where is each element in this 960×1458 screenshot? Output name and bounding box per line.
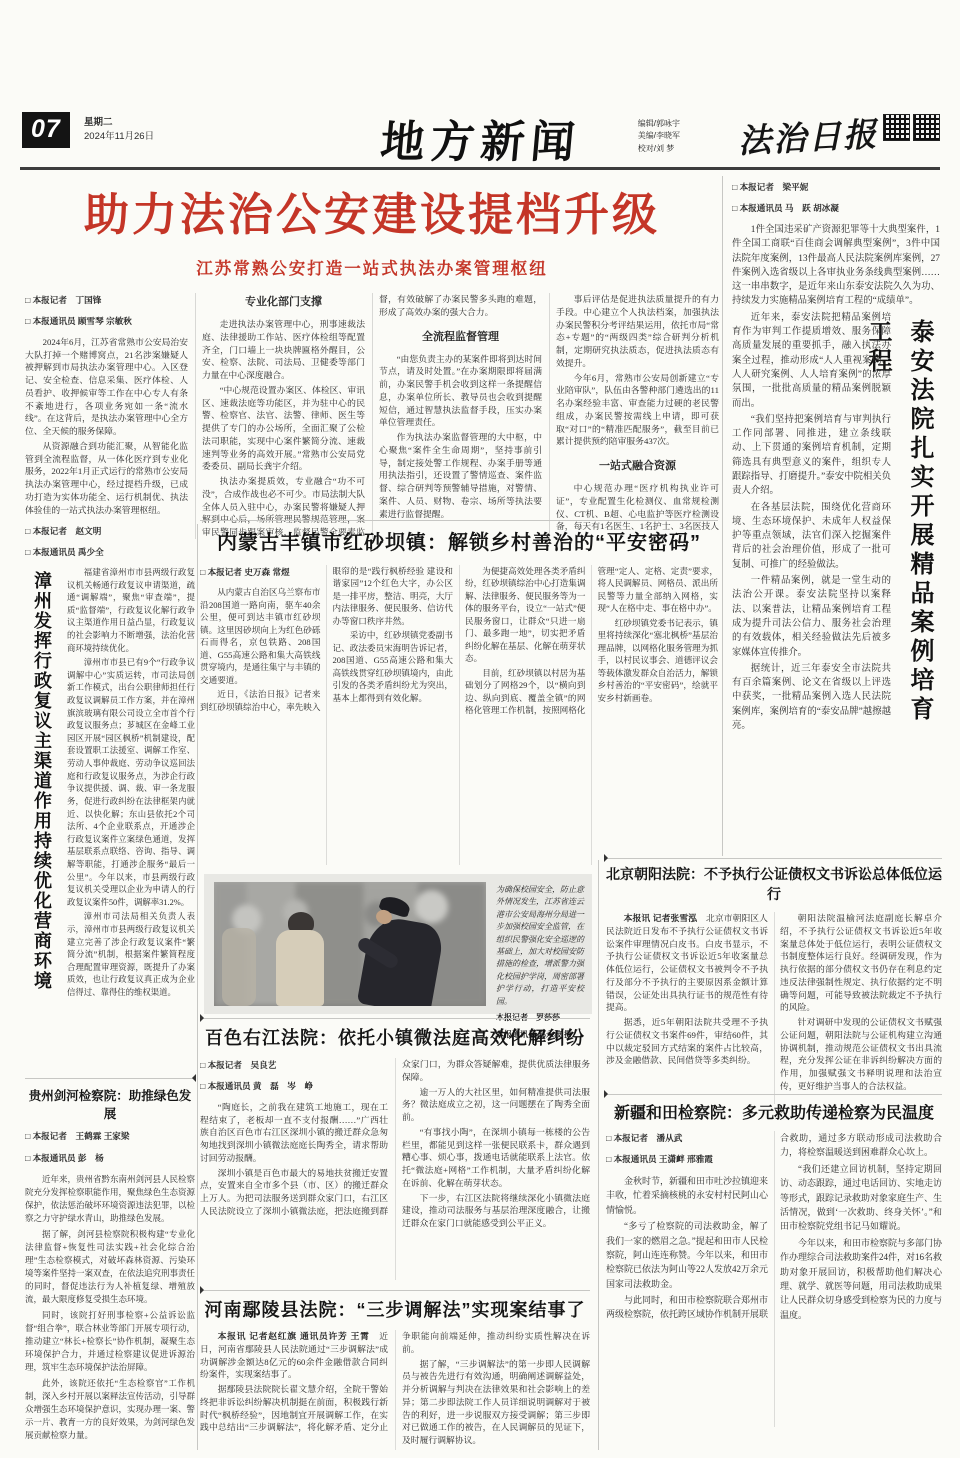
article-paragraph: “多亏了检察院的司法救助金，解了我们一家的燃眉之急。”提起和田市人民检察院，阿山…: [606, 1219, 768, 1291]
article-headline-henan: 河南鄢陵县法院：“三步调解法”实现案结事了: [200, 1296, 590, 1322]
proofreader-credit-line: 校对/刘 梦: [638, 143, 680, 155]
byline-reporter: □ 本报记者 王鹤霖 王家梁: [25, 1129, 195, 1144]
article-paragraph: 今年6月，常熟市公安局创新建立“专业陪审队”，队伍由各警种部门遴选出的11名办案…: [556, 372, 719, 449]
article-paragraph: 采访中，红砂坝镇党委副书记、政法委员宋海明告诉记者，208国道、G55高速公路和…: [333, 629, 454, 704]
article-paragraph: “陶庭长，之前我在建筑工地施工，现在工程结束了，老板却一直不支付报酬……”广西壮…: [200, 1101, 388, 1165]
photo-figure-bystander: [222, 928, 256, 1006]
article-headline-guizhou: 贵州剑河检察院：助推绿色发展: [25, 1086, 195, 1122]
divider-arrow-icon: [604, 854, 612, 862]
page-number-box: 07: [22, 112, 70, 148]
article-divider: [200, 1018, 590, 1019]
article-paragraph: 1件全国违采矿产资源犯罪等十大典型案件，1件全国工商联“百佳商会调解典型案例”，…: [732, 223, 940, 309]
divider-arrow-icon: [200, 1286, 208, 1294]
article-headline-beijing: 北京朝阳法院：不予执行公证债权文书诉讼总体低位运行: [606, 864, 942, 904]
date-label: 2024年11月26日: [84, 130, 154, 144]
newspaper-page: 07 星期二 2024年11月26日 地方新闻 编辑/郭咏宇 美编/李晓军 校对…: [0, 0, 960, 1458]
photo-caption-text: 为确保校园安全，防止意外情况发生，江苏省连云港市公安局海州分局进一步加强校园安全…: [496, 885, 584, 1006]
byline-correspondent: □ 本报通讯员 禹少全: [25, 545, 195, 560]
qr-code-icon: [883, 114, 910, 141]
news-photo: [214, 882, 486, 1006]
byline-reporter: □ 本报记者 丁国锋: [25, 293, 188, 308]
article-body: □ 本报记者 吴良艺 □ 本报通讯员 黄 磊 岑 峥 “陶庭长，之前我在建筑工地…: [200, 1058, 590, 1280]
qr-code-icon: [913, 114, 940, 141]
article-beijing: 北京朝阳法院：不予执行公证债权文书诉讼总体低位运行 本报讯 记者张雪泓 北京市朝…: [606, 864, 942, 1104]
article-paragraph: 从内蒙古自治区乌兰察布市沿208国道一路向南，驱车40余公里，便可到达丰镇市红砂…: [200, 586, 321, 686]
vertical-headline-zhangzhou: 漳州发挥行政复议主渠道作用持续优化营商环境: [25, 571, 59, 1033]
article-paragraph: 红砂坝镇党委书记表示，镇里将持续深化“塞北枫桥”基层治理品牌，以网格化服务管理为…: [598, 617, 719, 704]
article-paragraph: 今年以来，和田市检察院与多部门协作办理综合司法救助案件24件，对16名救助对象开…: [780, 1236, 942, 1322]
article-paragraph: 本报讯 记者赵红旗 通讯员许芳 王霄 近日，河南省鄢陵县人民法院通过“三步调解法…: [200, 1330, 388, 1381]
vertical-headline-taian: 泰安法院扎实开展精品案例培育工程: [898, 319, 940, 749]
photo-panel: 为确保校园安全，防止意外情况发生，江苏省连云港市公安局海州分局进一步加强校园安全…: [204, 874, 592, 1014]
article-paragraph: 作为执法办案监督管理的大中枢，中心聚焦“案件全生命周期”，坚持事前引导，制定接处…: [379, 431, 542, 520]
article-paragraph: 此外，该院还依托“生态检察官”工作机制，深入乡村开展以案释法宣传活动，引导群众增…: [25, 1377, 195, 1443]
byline-reporter: □ 本报记者 赵文明: [25, 524, 195, 539]
column-divider: [197, 524, 198, 1450]
byline-correspondent: □ 本报通讯员 顾雪琴 宗敏秋: [25, 314, 188, 329]
section-subhead: 全流程监督管理: [379, 328, 542, 344]
byline-correspondent: □ 本报通讯员 彭 杨: [25, 1151, 195, 1166]
article-paragraph: 为便捷高效处理各类矛盾纠纷，红砂坝镇综治中心打造集调解、法律服务、便民服务等为一…: [465, 565, 586, 665]
article-paragraph: 同时，该院打好刑事检察+公益诉讼监督“组合拳”，联合林业等部门开展专项行动，推动…: [25, 1309, 195, 1375]
editor-credit-line: 编辑/郭咏宇: [638, 118, 680, 130]
article-paragraph: 据了解，剑河县检察院积极构建“专业化法律监督+恢复性司法实践+社会化综合治理”生…: [25, 1228, 195, 1307]
article-divider: [200, 1290, 590, 1291]
article-paragraph: 逾一万人的大社区里，如何精准提供司法服务？微法庭成立之初，这一问题摆在了陶秀全面…: [402, 1086, 590, 1124]
article-headline-baise: 百色右江法院：依托小镇微法庭高效化解纠纷: [200, 1024, 590, 1050]
article-paragraph: 走进执法办案管理中心，刑事速裁法庭、法律援助工作站、医疗体检组等配置齐全，门口墙…: [202, 318, 365, 382]
article-paragraph: 据了解，“三步调解法”的第一步即人民调解员与被告先进行有效沟通，明确阐述调解益处…: [402, 1358, 590, 1447]
article-paragraph: 朝阳法院温榆河法庭副庭长解卓介绍，不予执行公证债权文书诉讼近5年收案量总体处于低…: [780, 912, 942, 1014]
divider-arrow-icon: [188, 1074, 196, 1082]
article-divider: [25, 1078, 195, 1079]
article-paragraph: 针对调研中发现的公证债权文书赋强公证问题，朝阳法院与公证机构建立沟通协调机制，推…: [780, 1016, 942, 1093]
article-body: □ 本报记者 潘从武 □ 本报通讯员 王潇衅 邢雅霞 金秋时节，新疆和田市吐沙拉…: [606, 1131, 942, 1427]
section-subhead: 专业化部门支撑: [202, 293, 365, 309]
article-guizhou: 贵州剑河检察院：助推绿色发展 □ 本报记者 王鹤霖 王家梁 □ 本报通讯员 彭 …: [25, 1086, 195, 1448]
article-paragraph: 近年来，贵州省黔东南州剑河县人民检察院充分发挥检察职能作用，聚焦绿色生态资源保护…: [25, 1173, 195, 1226]
column-divider: [722, 176, 723, 856]
article-paragraph: “由您负责主办的某案件即将到达时间节点，请及时处置。”在办案期限即将届满前，办案…: [379, 353, 542, 430]
article-xinjiang: 新疆和田检察院：多元救助传递检察为民温度 □ 本报记者 潘从武 □ 本报通讯员 …: [606, 1100, 942, 1427]
byline-correspondent: □ 本报通讯员 王潇衅 邢雅霞: [606, 1152, 768, 1167]
column-divider: [598, 860, 599, 1450]
weekday-label: 星期二: [84, 116, 154, 130]
byline-reporter: □ 本报记者 潘从武: [606, 1131, 768, 1146]
date-block: 星期二 2024年11月26日: [84, 116, 154, 145]
article-paragraph: “中心规范设置办案区、体检区、审讯区、速裁法庭等功能区，并为驻中心的民警、检察官…: [202, 384, 365, 473]
paragraph-text: 北京市朝阳区人民法院近日发布不予执行公证债权文书诉讼案件审理情况白皮书。白皮书显…: [606, 913, 768, 1012]
designer-credit-line: 美编/李晓军: [638, 130, 680, 142]
byline-correspondent: □ 本报通讯员 黄 磊 岑 峥: [200, 1079, 388, 1094]
article-paragraph: 本报讯 记者张雪泓 北京市朝阳区人民法院近日发布不予执行公证债权文书诉讼案件审理…: [606, 912, 768, 1014]
header-divider: [20, 167, 940, 170]
article-paragraph: 下一步，右江区法院将继续深化小镇微法庭建设，推动司法服务与基层治理深度融合，让搬…: [402, 1192, 590, 1230]
section-title: 地方新闻: [378, 106, 584, 170]
byline-reporter: □ 本报记者 梁平妮: [732, 180, 940, 195]
article-paragraph: “有事找小陶”，在深圳小镇每一栋楼的公告栏里，都能见到这样一张便民联系卡，群众遇…: [402, 1126, 590, 1190]
article-paragraph: 金秋时节，新疆和田市吐沙拉镇迎来丰收，忙着采摘核桃的永安村村民阿山心情愉悦。: [606, 1174, 768, 1217]
article-zhangzhou: □ 本报记者 赵文明 □ 本报通讯员 禹少全 漳州发挥行政复议主渠道作用持续优化…: [25, 524, 195, 1074]
section-subhead: 一站式融合资源: [556, 457, 719, 473]
divider-arrow-icon: [200, 1014, 208, 1022]
byline-correspondent: □ 本报通讯员 马 跃 胡冰凝: [732, 201, 940, 216]
article-headline-neimenggu: 内蒙古丰镇市红砂坝镇：解锁乡村善治的“平安密码”: [200, 526, 718, 555]
article-body: 本报讯 记者张雪泓 北京市朝阳区人民法院近日发布不予执行公证债权文书诉讼案件审理…: [606, 912, 942, 1104]
article-paragraph: 从资源融合到功能汇聚，从智能化监管到全流程监督，从一体化医疗到专业化服务，202…: [25, 440, 188, 517]
photo-figure-student: [276, 930, 324, 1006]
editor-credits: 编辑/郭咏宇 美编/李晓军 校对/刘 梦: [638, 118, 680, 155]
article-paragraph: 2024年6月，江苏省常熟市公安局治安大队打掉一个赌博窝点，21名涉案嫌疑人被押…: [25, 336, 188, 438]
article-henan: 河南鄢陵县法院：“三步调解法”实现案结事了 本报讯 记者赵红旗 通讯员许芳 王霄…: [200, 1296, 590, 1450]
inline-byline: 本报讯 记者赵红旗 通讯员许芳 王霄: [218, 1331, 380, 1341]
article-divider: [604, 858, 942, 859]
article-taian: □ 本报记者 梁平妮 □ 本报通讯员 马 跃 胡冰凝 1件全国违采矿产资源犯罪等…: [732, 180, 940, 854]
lead-headline: 助力法治公安建设提档升级: [25, 178, 719, 243]
lead-deck: 江苏常熟公安打造一站式执法办案管理枢纽: [25, 255, 719, 279]
article-body: 本报讯 记者赵红旗 通讯员许芳 王霄 近日，河南省鄢陵县人民法院通过“三步调解法…: [200, 1330, 590, 1450]
article-divider: [604, 1094, 942, 1095]
article-divider: [200, 520, 718, 521]
article-changshu: 助力法治公安建设提档升级 江苏常熟公安打造一站式执法办案管理枢纽 □ 本报记者 …: [25, 178, 719, 539]
inline-byline: 本报讯 记者张雪泓: [624, 913, 706, 923]
page-header: 07 星期二 2024年11月26日 地方新闻 编辑/郭咏宇 美编/李晓军 校对…: [22, 110, 940, 166]
byline-reporter: □ 本报记者 吴良艺: [200, 1058, 388, 1073]
article-headline-xinjiang: 新疆和田检察院：多元救助传递检察为民温度: [606, 1100, 942, 1123]
masthead-logo: 法治日报: [737, 108, 879, 162]
article-paragraph: 事后评估是促进执法质量提升的有力手段。中心建立个人执法档案，加强执法办案民警积分…: [556, 293, 719, 370]
article-baise: 百色右江法院：依托小镇微法庭高效化解纠纷 □ 本报记者 吴良艺 □ 本报通讯员 …: [200, 1024, 590, 1280]
divider-arrow-icon: [604, 1090, 612, 1098]
article-paragraph: “我们还建立回访机制，坚持定期回访、动态跟踪，通过电话回访、实地走访等形式，跟踪…: [780, 1162, 942, 1234]
article-paragraph: 据悉，近5年朝阳法院共受理不予执行公证债权文书案件69件，审结60件，其中以裁定…: [606, 1016, 768, 1067]
byline-reporter: □ 本报记者 史万森 常煜: [200, 565, 321, 580]
article-body: □ 本报记者 史万森 常煜 从内蒙古自治区乌兰察布市沿208国道一路向南，驱车4…: [200, 565, 718, 865]
article-neimenggu: 内蒙古丰镇市红砂坝镇：解锁乡村善治的“平安密码” □ 本报记者 史万森 常煜 从…: [200, 526, 718, 865]
lead-body: □ 本报记者 丁国锋 □ 本报通讯员 顾雪琴 宗敏秋 2024年6月，江苏省常熟…: [25, 293, 719, 539]
